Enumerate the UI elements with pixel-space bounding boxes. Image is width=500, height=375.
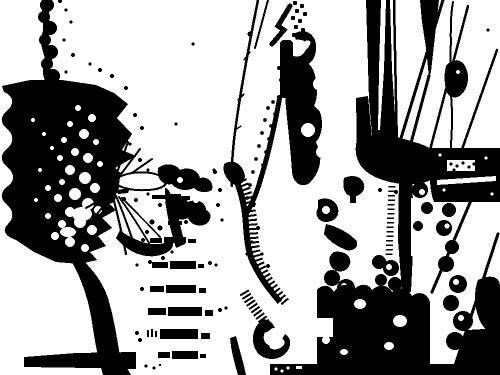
wingtip-blotches	[158, 164, 224, 248]
pod-mass	[317, 285, 430, 366]
right-pod-chain	[432, 198, 500, 375]
monochrome-art	[0, 0, 500, 375]
center-plant	[223, 0, 328, 359]
bottom-left-bar	[24, 352, 136, 369]
hindwing-veins	[113, 196, 174, 267]
butterfly	[2, 43, 224, 375]
thresholded-photo	[0, 0, 500, 375]
scene	[0, 0, 500, 375]
pod-chains	[316, 176, 433, 366]
